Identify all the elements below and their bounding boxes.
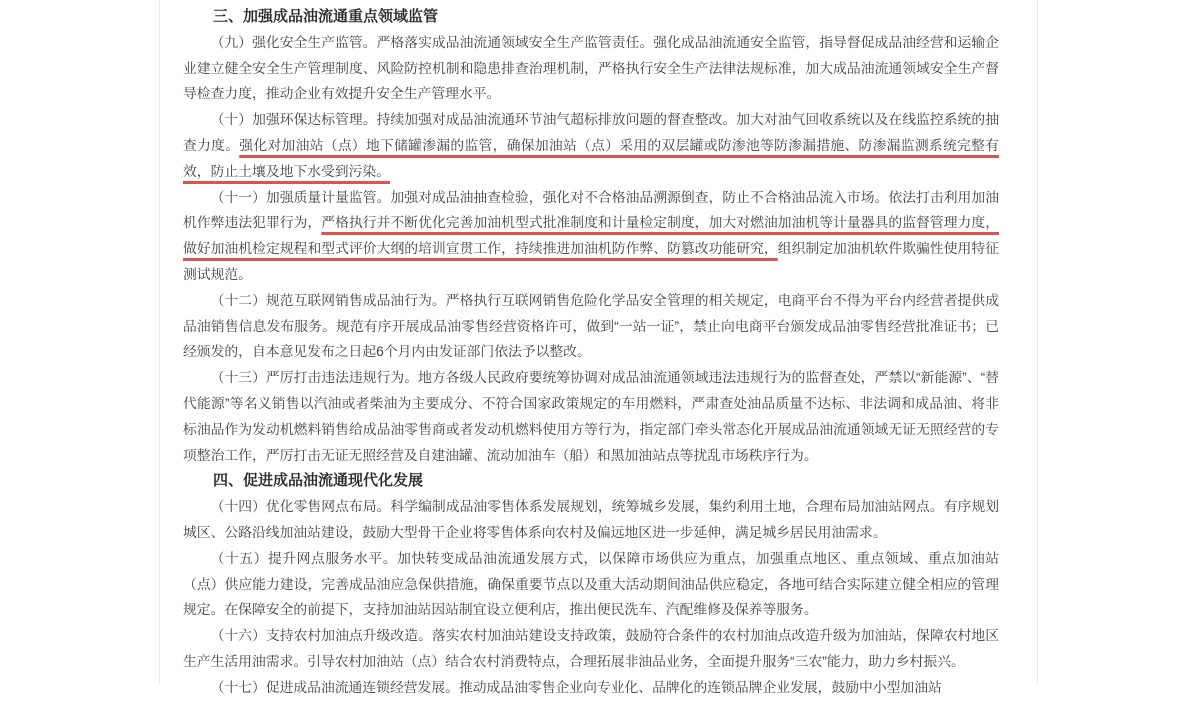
paragraph-lead: （十一）加强质量计量监管。 — [211, 190, 391, 205]
paragraph-lead: （十）加强环保达标管理。 — [211, 112, 377, 127]
paragraph-lead: （十四）优化零售网点布局。 — [211, 499, 391, 514]
article: 三、加强成品油流通重点领域监管（九）强化安全生产监管。严格落实成品油流通领域安全… — [183, 0, 999, 683]
paragraph-lead: （九）强化安全生产监管。 — [211, 35, 377, 50]
paragraph: （十）加强环保达标管理。持续加强对成品油流通环节油气超标排放问题的督查整改。加大… — [183, 107, 999, 184]
paragraph: （十一）加强质量计量监管。加强对成品油抽查检验，强化对不合格油品溯源倒查，防止不… — [183, 185, 999, 288]
section-heading: 四、促进成品油流通现代化发展 — [183, 468, 999, 494]
section-heading: 三、加强成品油流通重点领域监管 — [183, 4, 999, 30]
paragraph: （九）强化安全生产监管。严格落实成品油流通领域安全生产监管责任。强化成品油流通安… — [183, 30, 999, 107]
paragraph-lead: （十五）提升网点服务水平。 — [211, 551, 397, 566]
paragraph: （十三）严厉打击违法违规行为。地方各级人民政府要统筹协调对成品油流通领域违法违规… — [183, 365, 999, 468]
annotated-text: 强化对加油站（点）地下储罐渗漏的监管，确保加油站（点）采用的双层罐或防渗池等防渗… — [183, 138, 999, 179]
paragraph: （十六）支持农村加油点升级改造。落实农村加油站建设支持政策，鼓励符合条件的农村加… — [183, 623, 999, 675]
paragraph: （十二）规范互联网销售成品油行为。严格执行互联网销售危险化学品安全管理的相关规定… — [183, 288, 999, 365]
paragraph: （十五）提升网点服务水平。加快转变成品油流通发展方式，以保障市场供应为重点，加强… — [183, 546, 999, 623]
paragraph-lead: （十三）严厉打击违法违规行为。 — [211, 370, 418, 385]
document-page: 三、加强成品油流通重点领域监管（九）强化安全生产监管。严格落实成品油流通领域安全… — [159, 0, 1038, 683]
paragraph: （十四）优化零售网点布局。科学编制成品油零售体系发展规划，统筹城乡发展，集约利用… — [183, 494, 999, 546]
paragraph: （十七）促进成品油流通连锁经营发展。推动成品油零售企业向专业化、品牌化的连锁品牌… — [183, 675, 999, 683]
paragraph-lead: （十六）支持农村加油点升级改造。 — [211, 628, 432, 643]
paragraph-lead: （十二）规范互联网销售成品油行为。 — [211, 293, 446, 308]
